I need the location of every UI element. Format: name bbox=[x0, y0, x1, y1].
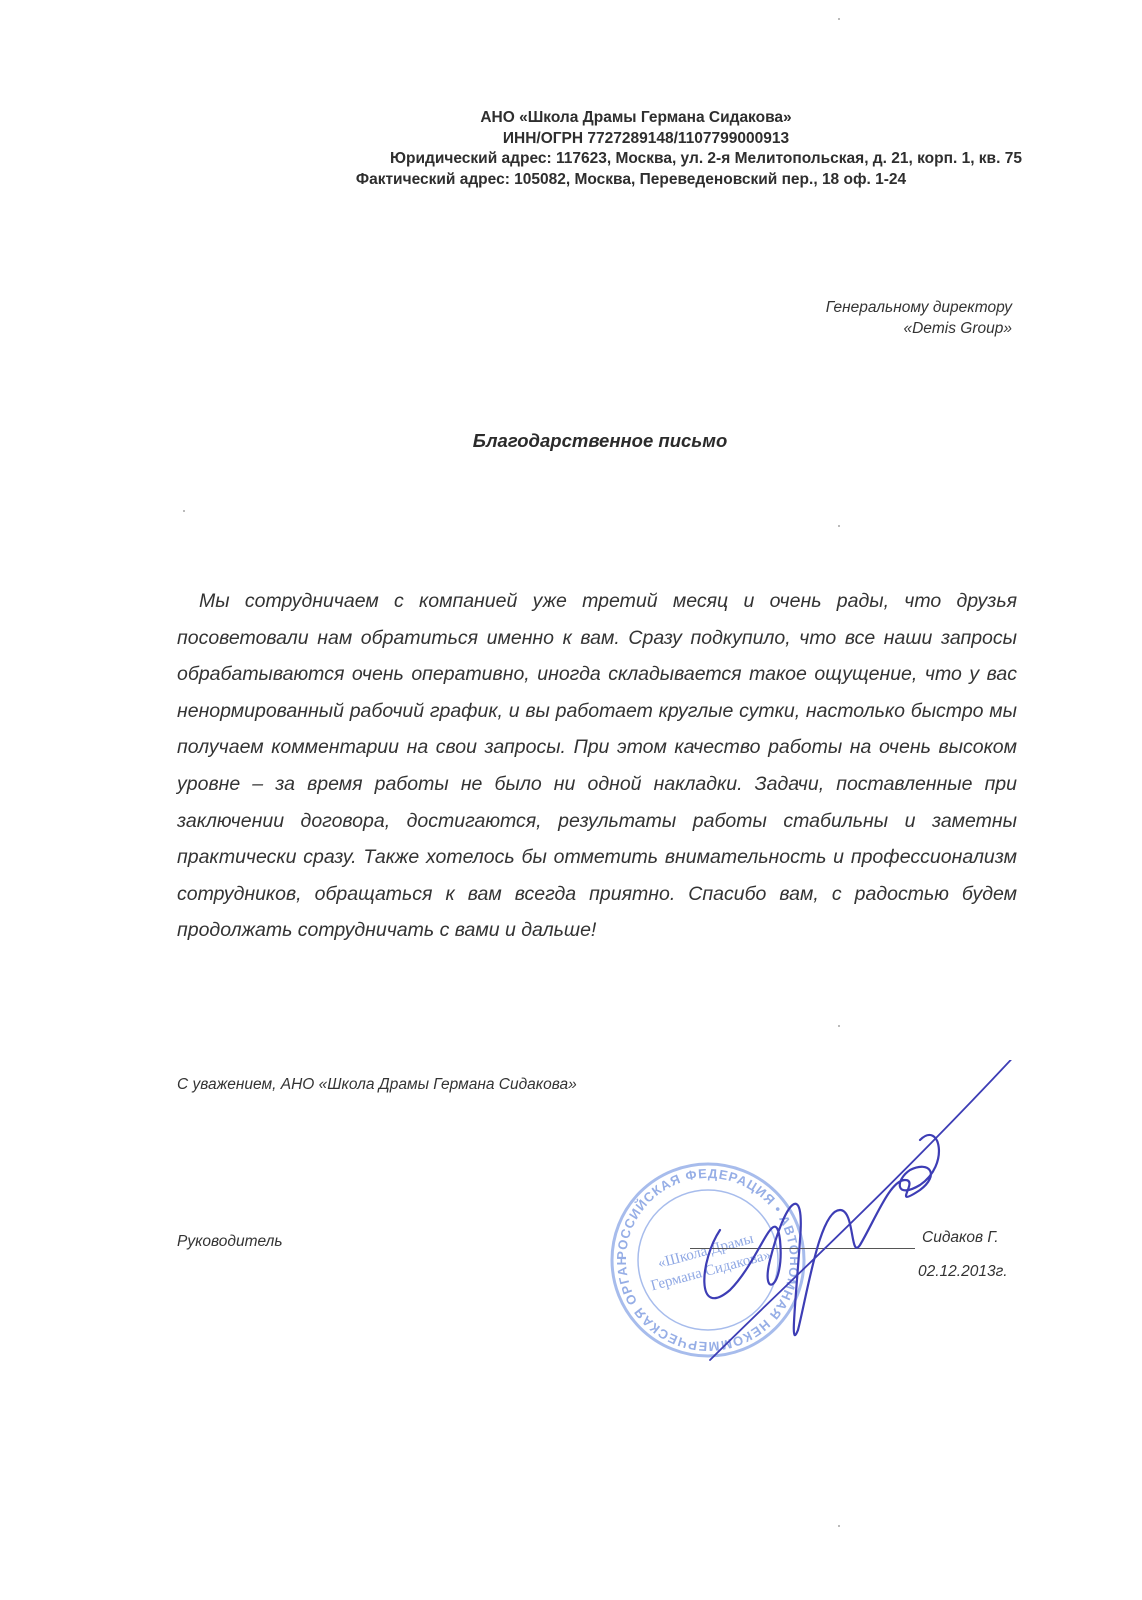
inn-ogrn: ИНН/ОГРН 7727289148/1107799000913 bbox=[0, 129, 1142, 150]
addressee-line-1: Генеральному директору bbox=[826, 297, 1012, 318]
scan-speck bbox=[838, 1525, 840, 1527]
letter-body: Мы сотрудничаем с компанией уже третий м… bbox=[177, 583, 1017, 949]
closing-line: С уважением, АНО «Школа Драмы Германа Си… bbox=[177, 1076, 577, 1094]
scan-speck bbox=[838, 525, 840, 527]
letter-title: Благодарственное письмо bbox=[0, 430, 1142, 452]
signer-name: Сидаков Г. bbox=[922, 1229, 999, 1247]
addressee-block: Генеральному директору «Demis Group» bbox=[826, 297, 1012, 339]
addressee-line-2: «Demis Group» bbox=[826, 318, 1012, 339]
signature-date: 02.12.2013г. bbox=[918, 1263, 1008, 1281]
actual-address: Фактический адрес: 105082, Москва, Перев… bbox=[0, 170, 1142, 191]
scan-speck bbox=[183, 510, 185, 512]
letterhead: АНО «Школа Драмы Германа Сидакова» ИНН/О… bbox=[0, 108, 1142, 190]
scan-speck bbox=[838, 1025, 840, 1027]
organization-name: АНО «Школа Драмы Германа Сидакова» bbox=[0, 108, 1142, 129]
signer-position: Руководитель bbox=[177, 1233, 283, 1251]
signature-icon bbox=[690, 1060, 1040, 1370]
legal-address: Юридический адрес: 117623, Москва, ул. 2… bbox=[0, 149, 1142, 170]
scan-speck bbox=[838, 18, 840, 20]
